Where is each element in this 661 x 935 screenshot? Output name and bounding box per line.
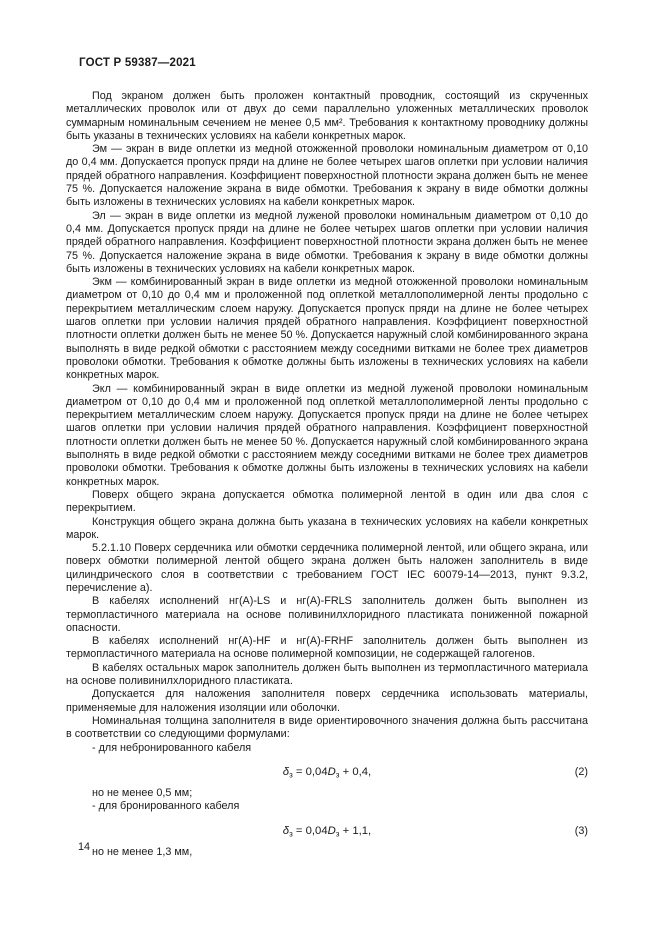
formula-2-tail: + 0,4, <box>339 766 371 778</box>
formula-3-condition: но не менее 1,3 мм, <box>66 846 588 859</box>
formula-3-equals: = 0,04 <box>293 825 328 837</box>
paragraph-contact-conductor: Под экраном должен быть проложен контакт… <box>66 90 588 143</box>
paragraph-other-brands-filler: В кабелях остальных марок заполнитель до… <box>66 662 588 689</box>
list-item-armored-cable: - для бронированного кабеля <box>66 800 588 813</box>
formula-2-variable-d: D <box>328 766 336 778</box>
formula-2-equals: = 0,04 <box>293 766 328 778</box>
list-item-unarmored-cable: - для небронированного кабеля <box>66 742 588 755</box>
formula-2: δз = 0,04Dз + 0,4, <box>110 766 544 779</box>
standard-number-header: ГОСТ Р 59387—2021 <box>79 57 196 69</box>
paragraph-filler-materials: Допускается для наложения заполнителя по… <box>66 688 588 715</box>
document-body: Под экраном должен быть проложен контакт… <box>66 90 588 859</box>
document-page: ГОСТ Р 59387—2021 Под экраном должен быт… <box>0 0 661 935</box>
paragraph-nominal-thickness: Номинальная толщина заполнителя в виде о… <box>66 715 588 742</box>
paragraph-overall-screen-design: Конструкция общего экрана должна быть ук… <box>66 516 588 543</box>
page-number: 14 <box>78 841 90 853</box>
paragraph-screen-ekm: Экм — комбинированный экран в виде оплет… <box>66 276 588 382</box>
formula-3-tail: + 1,1, <box>339 825 371 837</box>
paragraph-hf-frhf-filler: В кабелях исполнений нг(А)-HF и нг(А)-FR… <box>66 635 588 662</box>
equation-number-2: (2) <box>544 766 588 779</box>
formula-3-variable-d: D <box>328 825 336 837</box>
paragraph-5-2-1-10-filler: 5.2.1.10 Поверх сердечника или обмотки с… <box>66 542 588 595</box>
formula-row-3: δз = 0,04Dз + 1,1, (3) <box>66 825 588 838</box>
paragraph-screen-ekl: Экл — комбинированный экран в виде оплет… <box>66 383 588 489</box>
paragraph-screen-em: Эм — экран в виде оплетки из медной отож… <box>66 143 588 209</box>
paragraph-screen-el: Эл — экран в виде оплетки из медной луже… <box>66 210 588 276</box>
paragraph-ls-frls-filler: В кабелях исполнений нг(А)-LS и нг(А)-FR… <box>66 595 588 635</box>
formula-row-2: δз = 0,04Dз + 0,4, (2) <box>66 766 588 779</box>
formula-2-condition: но не менее 0,5 мм; <box>66 787 588 800</box>
formula-3: δз = 0,04Dз + 1,1, <box>110 825 544 838</box>
paragraph-overall-screen-wrap: Поверх общего экрана допускается обмотка… <box>66 489 588 516</box>
equation-number-3: (3) <box>544 825 588 838</box>
